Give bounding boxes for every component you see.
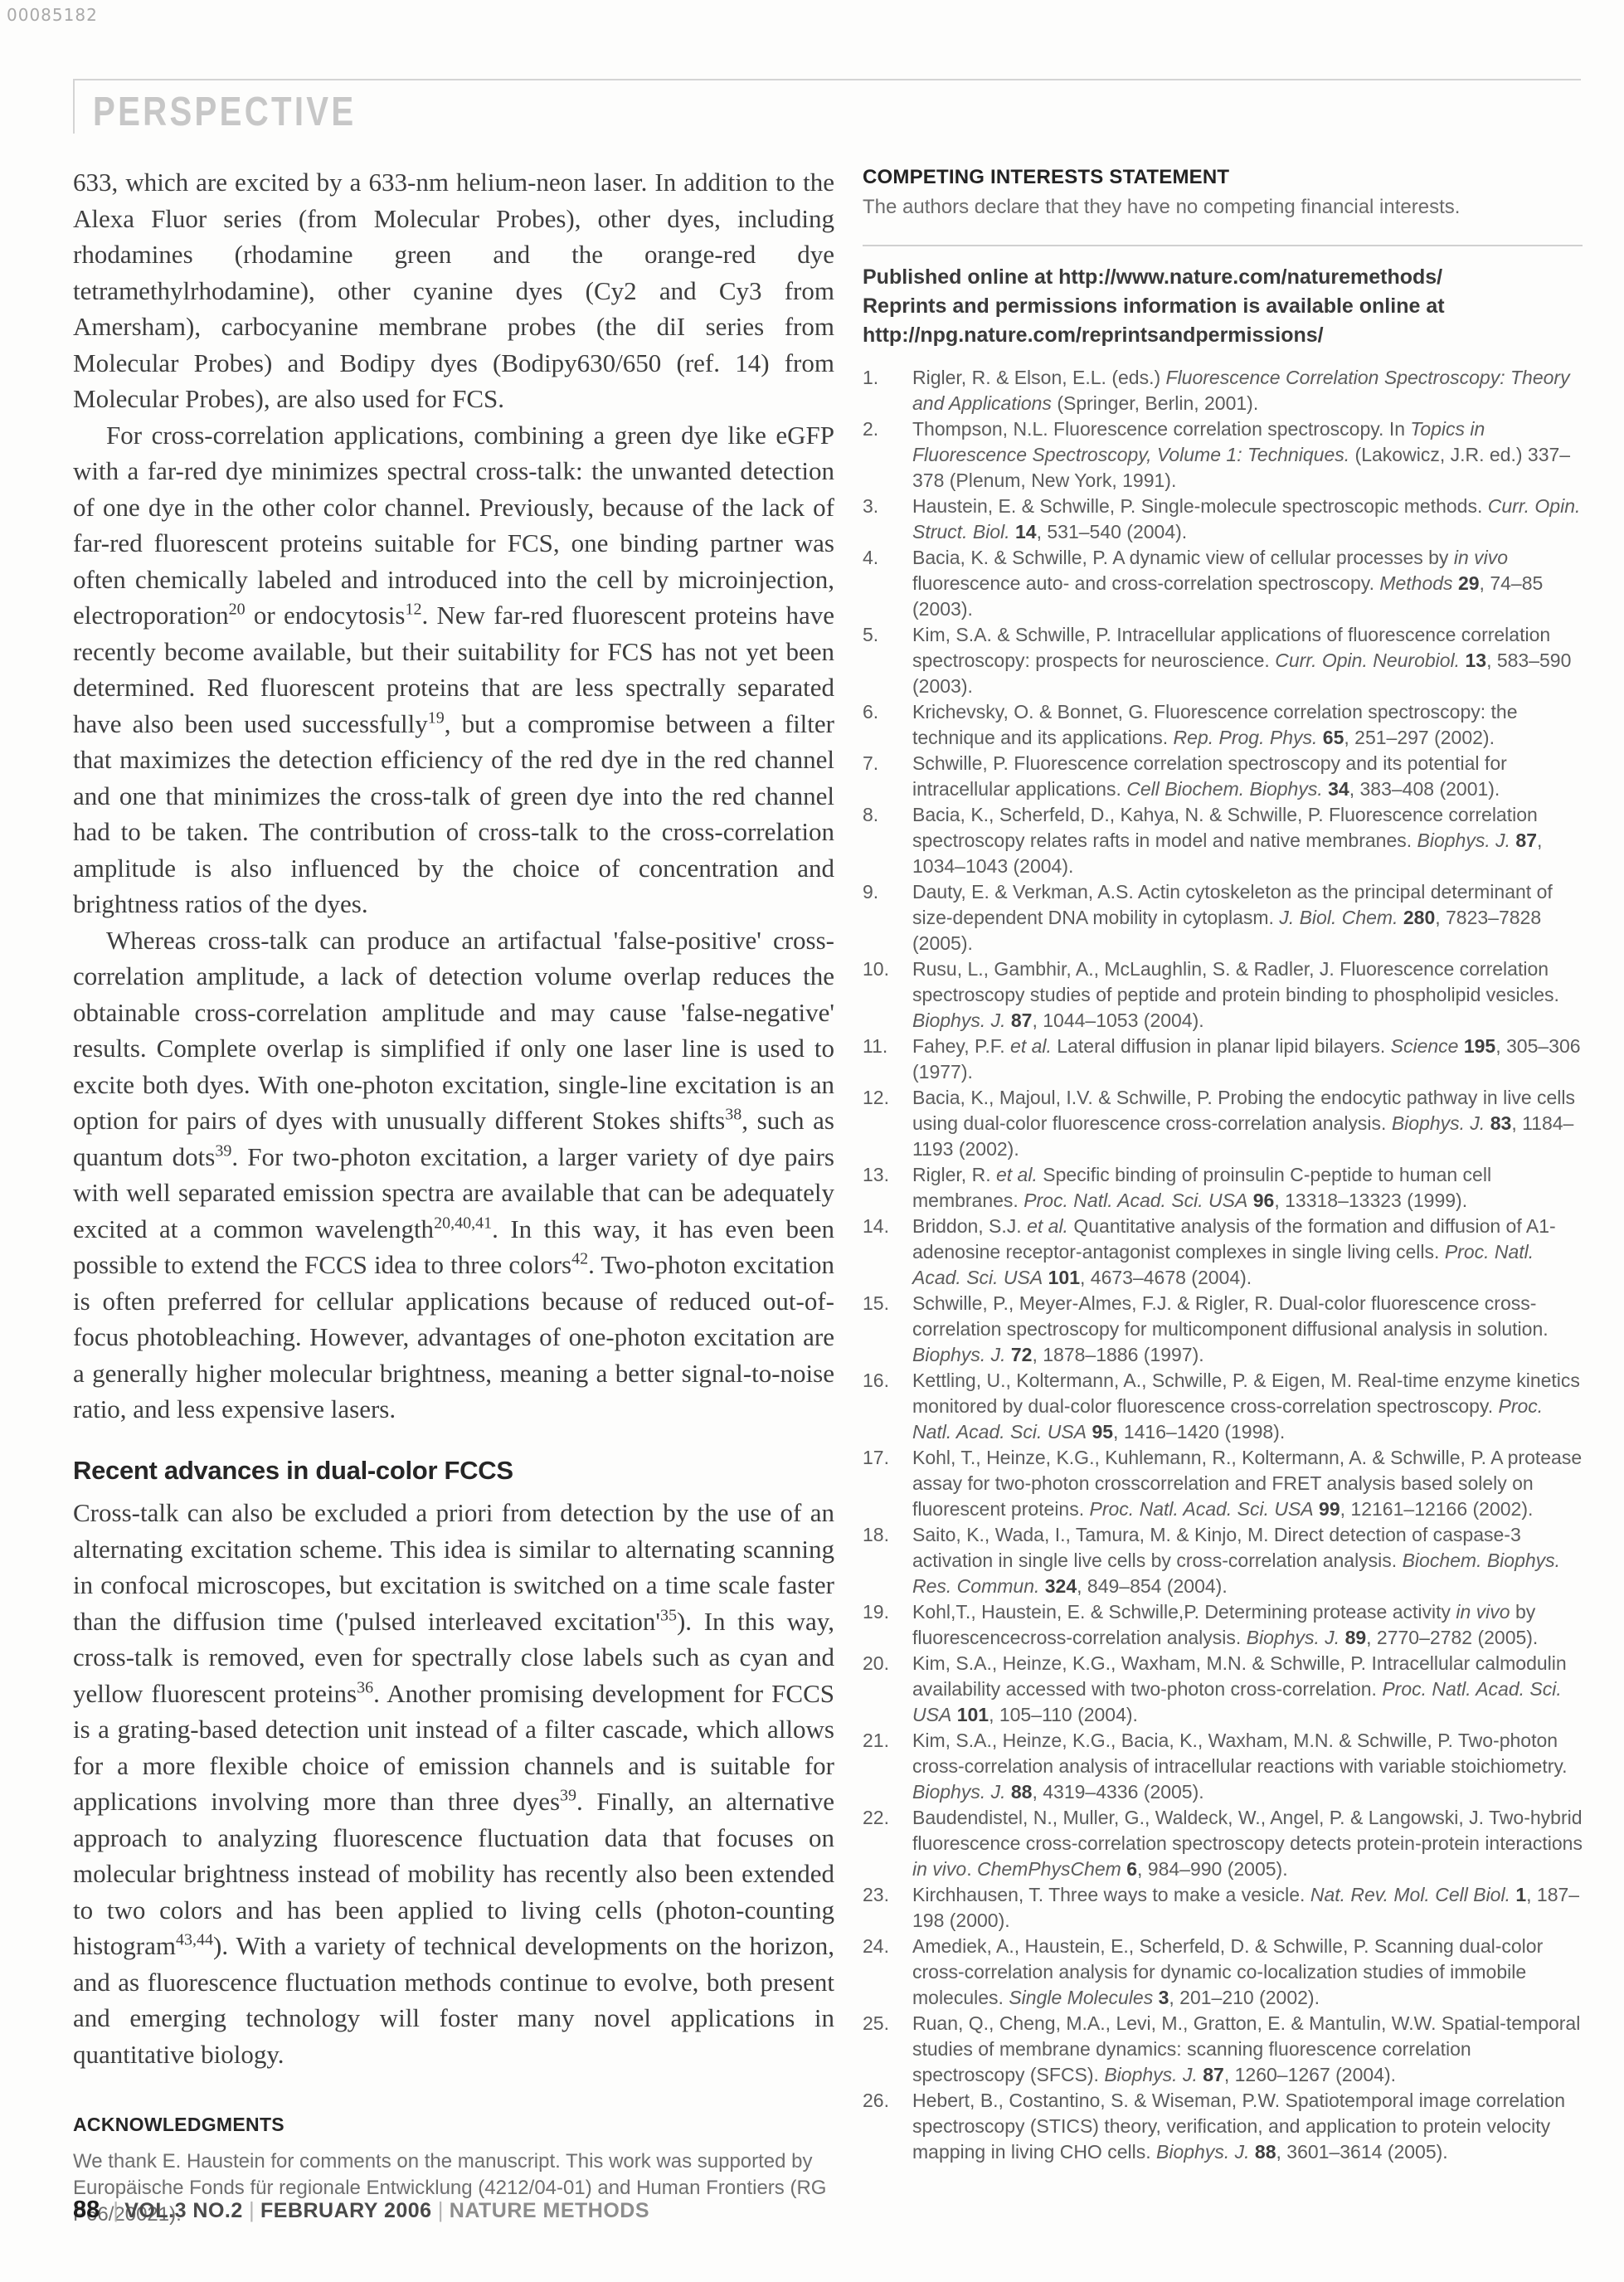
reference-item: 8.Bacia, K., Scherfeld, D., Kahya, N. & …: [863, 802, 1583, 879]
published-online-block: Published online at http://www.nature.co…: [863, 263, 1583, 350]
reference-item: 7.Schwille, P. Fluorescence correlation …: [863, 751, 1583, 802]
reference-text: Saito, K., Wada, I., Tamura, M. & Kinjo,…: [912, 1522, 1583, 1599]
reference-number: 20.: [863, 1651, 912, 1676]
reference-number: 6.: [863, 699, 912, 725]
reference-item: 22.Baudendistel, N., Muller, G., Waldeck…: [863, 1805, 1583, 1882]
reference-number: 24.: [863, 1934, 912, 1959]
body-paragraphs: 633, which are excited by a 633-nm heliu…: [73, 164, 834, 1428]
reference-number: 13.: [863, 1162, 912, 1188]
kicker-label: PERSPECTIVE: [93, 89, 1313, 135]
reference-text: Krichevsky, O. & Bonnet, G. Fluorescence…: [912, 699, 1583, 751]
body-paragraph: Cross-talk can also be excluded a priori…: [73, 1495, 834, 2072]
footer-item: VOL.3 NO.2: [124, 2199, 243, 2222]
body-paragraph: 633, which are excited by a 633-nm heliu…: [73, 164, 834, 417]
body-paragraph: Whereas cross-talk can produce an artifa…: [73, 922, 834, 1428]
scan-id: 00085182: [7, 5, 98, 25]
page-footer: 88 | VOL.3 NO.2 | FEBRUARY 2006 | NATURE…: [73, 2197, 649, 2224]
reference-text: Baudendistel, N., Muller, G., Waldeck, W…: [912, 1805, 1583, 1882]
reference-text: Schwille, P. Fluorescence correlation sp…: [912, 751, 1583, 802]
reference-item: 13.Rigler, R. et al. Specific binding of…: [863, 1162, 1583, 1214]
reference-number: 18.: [863, 1522, 912, 1548]
published-online-line: Reprints and permissions information is …: [863, 292, 1583, 350]
published-online-line: Published online at http://www.nature.co…: [863, 263, 1583, 292]
reference-text: Kettling, U., Koltermann, A., Schwille, …: [912, 1368, 1583, 1445]
reference-item: 6.Krichevsky, O. & Bonnet, G. Fluorescen…: [863, 699, 1583, 751]
reference-text: Kim, S.A. & Schwille, P. Intracellular a…: [912, 622, 1583, 699]
reference-item: 24.Amediek, A., Haustein, E., Scherfeld,…: [863, 1934, 1583, 2011]
reference-text: Rigler, R. et al. Specific binding of pr…: [912, 1162, 1583, 1214]
reference-item: 25.Ruan, Q., Cheng, M.A., Levi, M., Grat…: [863, 2011, 1583, 2088]
reference-item: 20.Kim, S.A., Heinze, K.G., Waxham, M.N.…: [863, 1651, 1583, 1728]
reference-text: Bacia, K., Majoul, I.V. & Schwille, P. P…: [912, 1085, 1583, 1162]
reference-number: 22.: [863, 1805, 912, 1831]
reference-item: 10.Rusu, L., Gambhir, A., McLaughlin, S.…: [863, 956, 1583, 1034]
reference-text: Hebert, B., Costantino, S. & Wiseman, P.…: [912, 2088, 1583, 2165]
footer-item: FEBRUARY 2006: [260, 2199, 432, 2222]
right-column: COMPETING INTERESTS STATEMENT The author…: [863, 166, 1583, 2165]
reference-item: 18.Saito, K., Wada, I., Tamura, M. & Kin…: [863, 1522, 1583, 1599]
reference-number: 11.: [863, 1034, 912, 1059]
reference-item: 11.Fahey, P.F. et al. Lateral diffusion …: [863, 1034, 1583, 1085]
reference-text: Bacia, K. & Schwille, P. A dynamic view …: [912, 545, 1583, 622]
footer-separator: |: [243, 2197, 260, 2222]
reference-item: 2.Thompson, N.L. Fluorescence correlatio…: [863, 416, 1583, 494]
reference-item: 21.Kim, S.A., Heinze, K.G., Bacia, K., W…: [863, 1728, 1583, 1805]
reference-number: 8.: [863, 802, 912, 828]
reference-number: 4.: [863, 545, 912, 571]
reference-text: Dauty, E. & Verkman, A.S. Actin cytoskel…: [912, 879, 1583, 956]
reference-number: 26.: [863, 2088, 912, 2114]
reference-item: 14.Briddon, S.J. et al. Quantitative ana…: [863, 1214, 1583, 1291]
reference-text: Kohl,T., Haustein, E. & Schwille,P. Dete…: [912, 1599, 1583, 1651]
reference-number: 23.: [863, 1882, 912, 1908]
footer-item: NATURE METHODS: [450, 2199, 649, 2222]
reference-number: 12.: [863, 1085, 912, 1111]
reference-number: 7.: [863, 751, 912, 776]
acknowledgments-heading: ACKNOWLEDGMENTS: [73, 2107, 834, 2143]
left-column: 633, which are excited by a 633-nm heliu…: [73, 164, 834, 2228]
reference-number: 5.: [863, 622, 912, 648]
reference-text: Thompson, N.L. Fluorescence correlation …: [912, 416, 1583, 494]
reference-number: 9.: [863, 879, 912, 905]
page-number: 88: [73, 2197, 100, 2224]
reference-item: 26.Hebert, B., Costantino, S. & Wiseman,…: [863, 2088, 1583, 2165]
reference-text: Kirchhausen, T. Three ways to make a ves…: [912, 1882, 1583, 1934]
body-paragraph: For cross-correlation applications, comb…: [73, 417, 834, 922]
reference-text: Rigler, R. & Elson, E.L. (eds.) Fluoresc…: [912, 365, 1583, 416]
reference-number: 1.: [863, 365, 912, 391]
reference-item: 12.Bacia, K., Majoul, I.V. & Schwille, P…: [863, 1085, 1583, 1162]
reference-text: Kohl, T., Heinze, K.G., Kuhlemann, R., K…: [912, 1445, 1583, 1522]
reference-text: Schwille, P., Meyer-Almes, F.J. & Rigler…: [912, 1291, 1583, 1368]
reference-text: Kim, S.A., Heinze, K.G., Waxham, M.N. & …: [912, 1651, 1583, 1728]
reference-number: 21.: [863, 1728, 912, 1754]
reference-text: Ruan, Q., Cheng, M.A., Levi, M., Gratton…: [912, 2011, 1583, 2088]
kicker-strip: PERSPECTIVE: [73, 79, 1581, 135]
reference-number: 10.: [863, 956, 912, 982]
reference-item: 16.Kettling, U., Koltermann, A., Schwill…: [863, 1368, 1583, 1445]
section-heading: Recent advances in dual-color FCCS: [73, 1452, 834, 1489]
competing-interests-body: The authors declare that they have no co…: [863, 194, 1583, 220]
reference-item: 9.Dauty, E. & Verkman, A.S. Actin cytosk…: [863, 879, 1583, 956]
reference-item: 15.Schwille, P., Meyer-Almes, F.J. & Rig…: [863, 1291, 1583, 1368]
reference-number: 2.: [863, 416, 912, 442]
section-divider: [863, 245, 1583, 246]
footer-items: | VOL.3 NO.2 | FEBRUARY 2006 | NATURE ME…: [113, 2197, 649, 2223]
reference-text: Rusu, L., Gambhir, A., McLaughlin, S. & …: [912, 956, 1583, 1034]
journal-page: 00085182 PERSPECTIVE 633, which are exci…: [0, 0, 1624, 2282]
reference-number: 17.: [863, 1445, 912, 1471]
reference-text: Fahey, P.F. et al. Lateral diffusion in …: [912, 1034, 1583, 1085]
reference-number: 15.: [863, 1291, 912, 1316]
reference-number: 14.: [863, 1214, 912, 1239]
references-list: 1.Rigler, R. & Elson, E.L. (eds.) Fluore…: [863, 365, 1583, 2165]
reference-text: Amediek, A., Haustein, E., Scherfeld, D.…: [912, 1934, 1583, 2011]
footer-separator: |: [432, 2197, 450, 2222]
footer-separator: |: [113, 2197, 124, 2222]
reference-item: 19.Kohl,T., Haustein, E. & Schwille,P. D…: [863, 1599, 1583, 1651]
reference-number: 25.: [863, 2011, 912, 2036]
body-paragraphs-2: Cross-talk can also be excluded a priori…: [73, 1495, 834, 2072]
reference-item: 4.Bacia, K. & Schwille, P. A dynamic vie…: [863, 545, 1583, 622]
competing-interests-heading: COMPETING INTERESTS STATEMENT: [863, 166, 1583, 189]
reference-item: 17.Kohl, T., Heinze, K.G., Kuhlemann, R.…: [863, 1445, 1583, 1522]
reference-number: 3.: [863, 494, 912, 519]
reference-item: 1.Rigler, R. & Elson, E.L. (eds.) Fluore…: [863, 365, 1583, 416]
reference-text: Briddon, S.J. et al. Quantitative analys…: [912, 1214, 1583, 1291]
reference-item: 3.Haustein, E. & Schwille, P. Single-mol…: [863, 494, 1583, 545]
reference-number: 16.: [863, 1368, 912, 1394]
reference-text: Haustein, E. & Schwille, P. Single-molec…: [912, 494, 1583, 545]
reference-item: 5.Kim, S.A. & Schwille, P. Intracellular…: [863, 622, 1583, 699]
reference-item: 23.Kirchhausen, T. Three ways to make a …: [863, 1882, 1583, 1934]
reference-text: Bacia, K., Scherfeld, D., Kahya, N. & Sc…: [912, 802, 1583, 879]
reference-number: 19.: [863, 1599, 912, 1625]
reference-text: Kim, S.A., Heinze, K.G., Bacia, K., Waxh…: [912, 1728, 1583, 1805]
